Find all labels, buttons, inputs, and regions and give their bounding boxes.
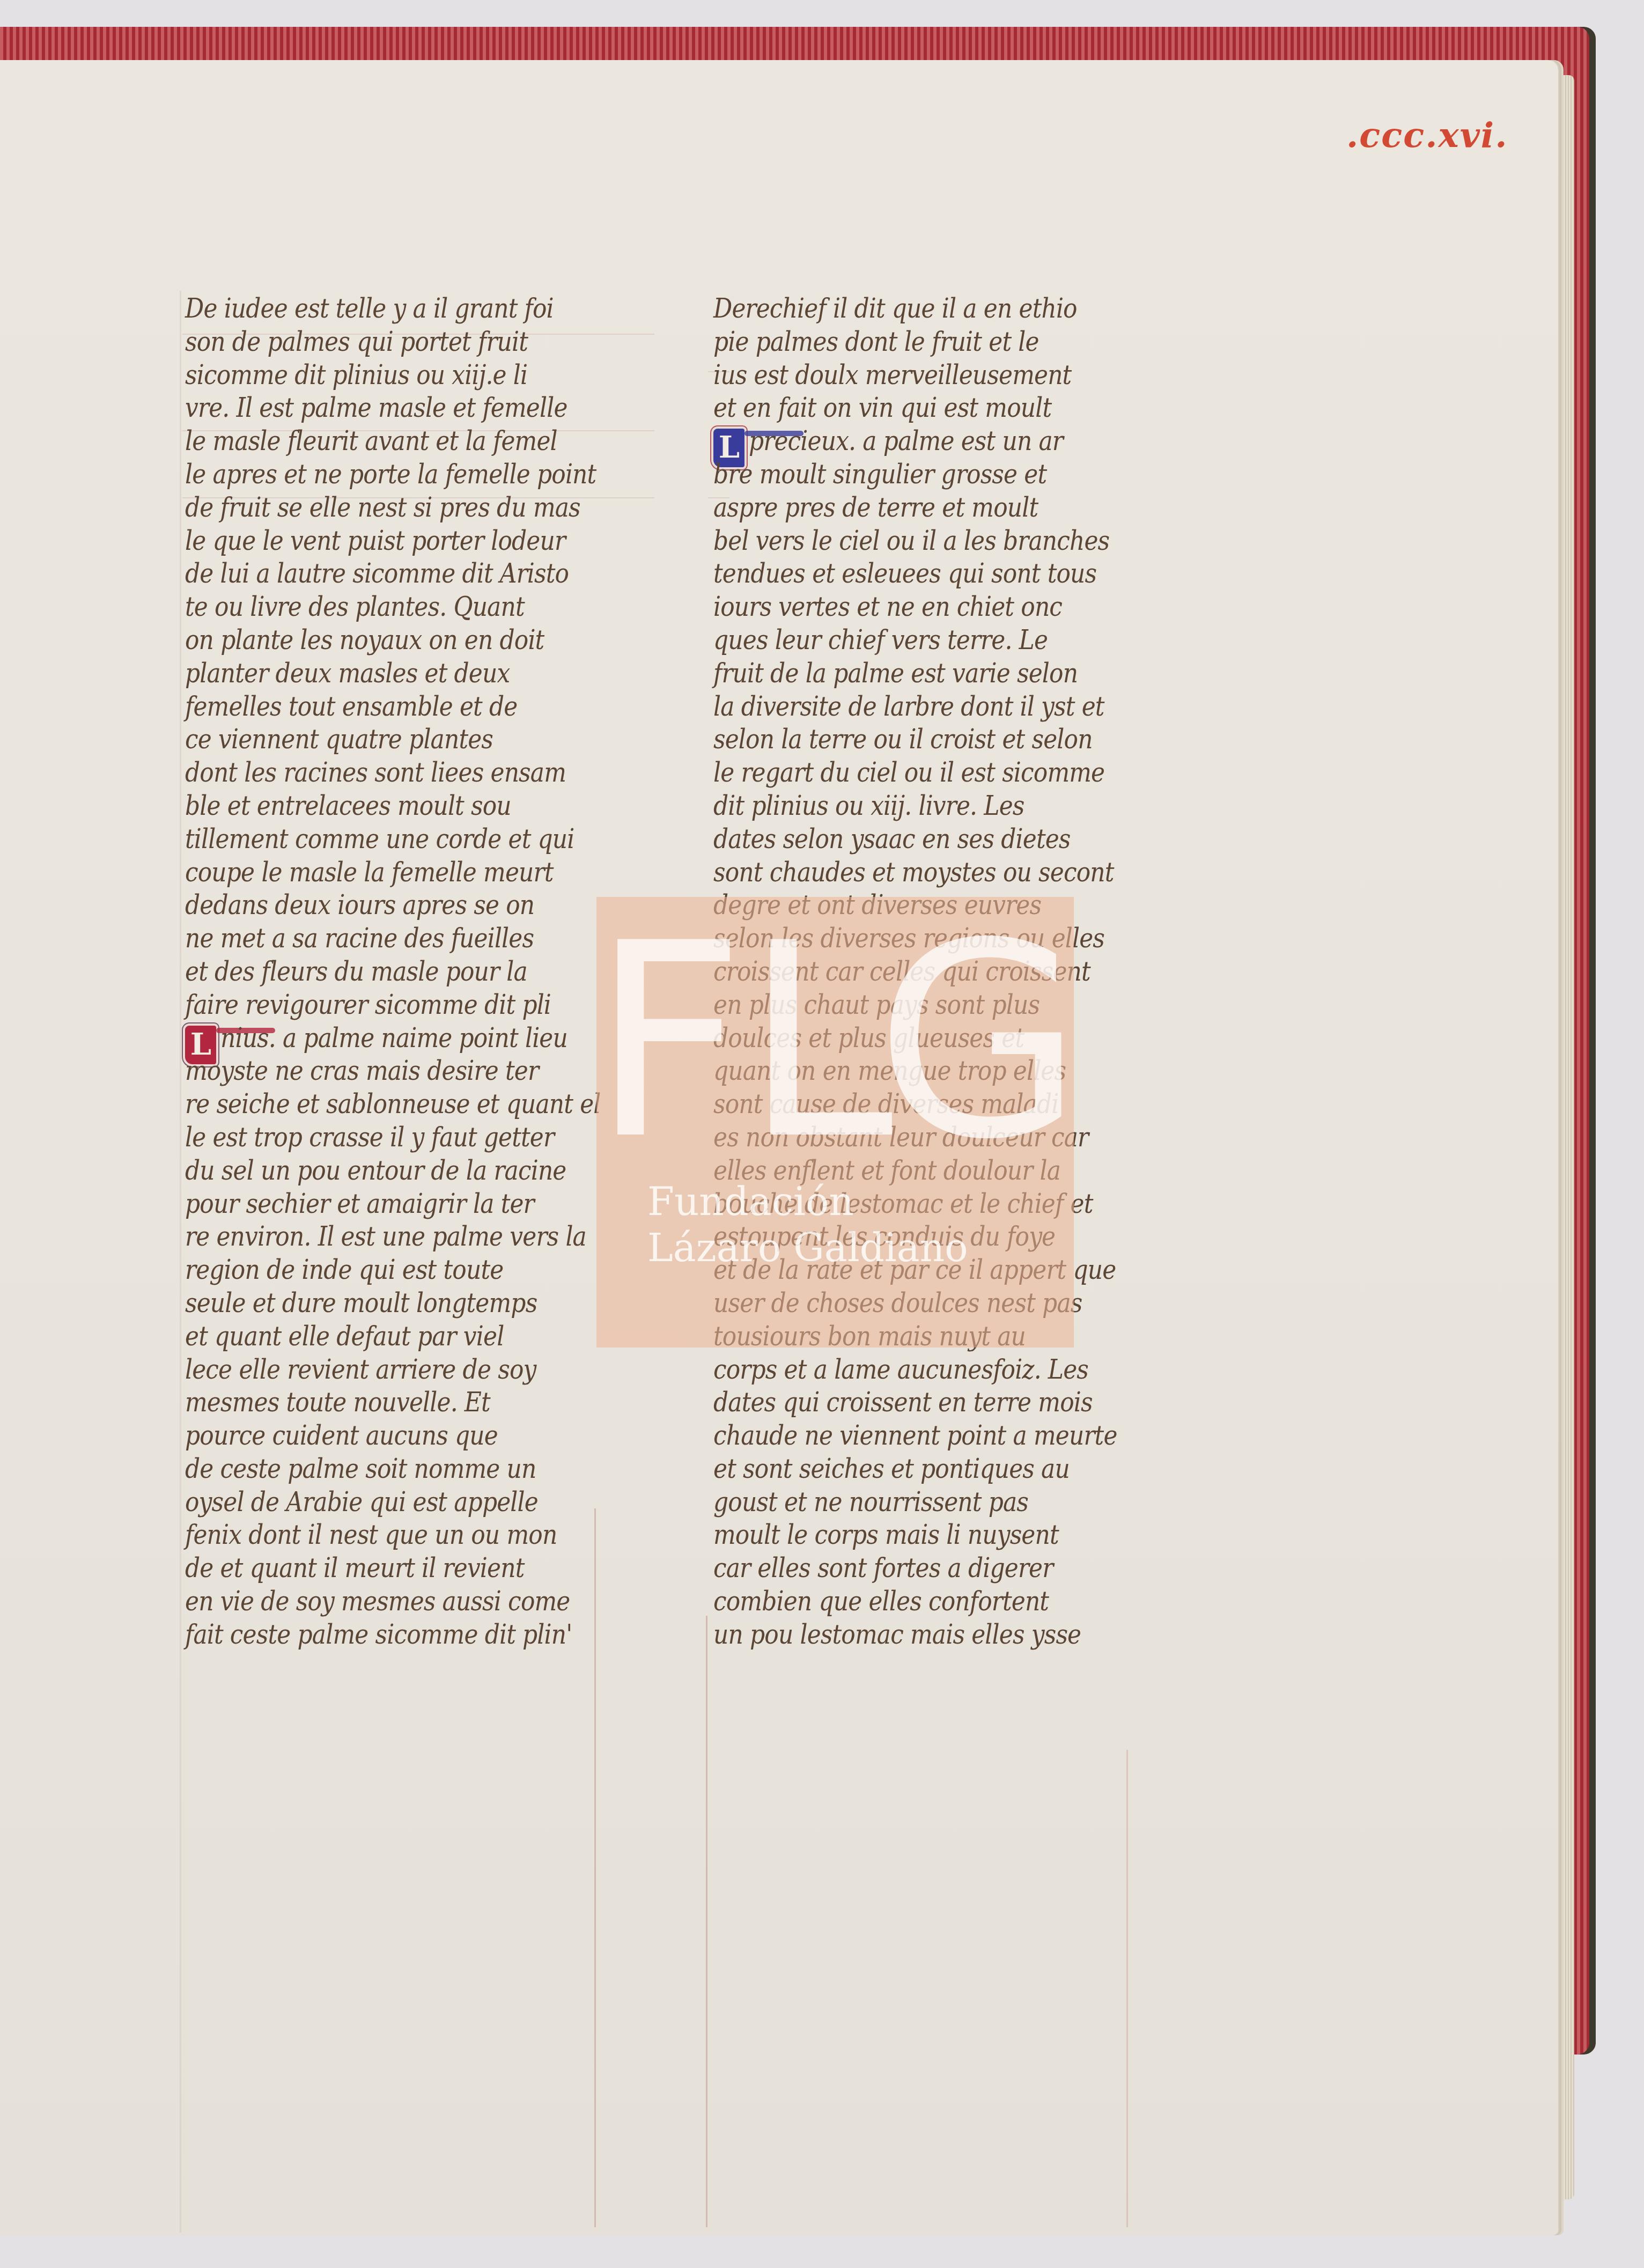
manuscript-line-text: fruit de la palme est varie selon [713, 657, 1078, 690]
manuscript-line: dedans deux iours apres se on [185, 889, 641, 922]
manuscript-line-text: et des fleurs du masle pour la [185, 955, 527, 989]
manuscript-line-text: precieux. a palme est un ar [749, 425, 1063, 458]
manuscript-line-text: bouche de lestomac et le chief et [713, 1188, 1093, 1221]
manuscript-line-text: le apres et ne porte la femelle point [185, 458, 596, 491]
manuscript-line: mesmes toute nouvelle. Et [185, 1386, 641, 1419]
manuscript-line: oysel de Arabie qui est appelle [185, 1486, 641, 1519]
manuscript-line: combien que elles confortent [713, 1585, 1169, 1618]
manuscript-line-text: aspre pres de terre et moult [713, 491, 1038, 525]
manuscript-line: car elles sont fortes a digerer [713, 1552, 1169, 1585]
manuscript-line-text: dedans deux iours apres se on [185, 889, 534, 922]
manuscript-line: coupe le masle la femelle meurt [185, 856, 641, 889]
manuscript-line: tousiours bon mais nuyt au [713, 1320, 1169, 1353]
manuscript-line-text: ne met a sa racine des fueilles [185, 922, 534, 955]
manuscript-line-text: pie palmes dont le fruit et le [713, 326, 1039, 359]
manuscript-line-text: le est trop crasse il y faut getter [185, 1121, 554, 1154]
manuscript-line: corps et a lame aucunesfoiz. Les [713, 1353, 1169, 1387]
text-column-left: De iudee est telle y a il grant foison d… [185, 292, 641, 1652]
manuscript-line-text: bel vers le ciel ou il a les branches [713, 525, 1109, 558]
manuscript-line: vre. Il est palme masle et femelle [185, 392, 641, 425]
manuscript-line-text: degre et ont diverses euvres [713, 889, 1041, 922]
manuscript-line: sicomme dit plinius ou xiij.e li [185, 359, 641, 392]
manuscript-line: seule et dure moult longtemps [185, 1287, 641, 1320]
manuscript-line-text: seule et dure moult longtemps [185, 1287, 537, 1320]
manuscript-line-text: tendues et esleuees qui sont tous [713, 557, 1096, 591]
manuscript-line: on plante les noyaux on en doit [185, 624, 641, 657]
manuscript-line-text: croissent car celles qui croissent [713, 955, 1090, 989]
manuscript-line-text: ius est doulx merveilleusement [713, 359, 1071, 392]
manuscript-line: bre moult singulier grosse et [713, 458, 1169, 491]
manuscript-line: moyste ne cras mais desire ter [185, 1055, 641, 1088]
manuscript-line: pour sechier et amaigrir la ter [185, 1188, 641, 1221]
manuscript-line-text: moult le corps mais li nuysent [713, 1519, 1059, 1552]
manuscript-line: quant on en mengue trop elles [713, 1055, 1169, 1088]
manuscript-line-text: vre. Il est palme masle et femelle [185, 392, 567, 425]
manuscript-line-text: De iudee est telle y a il grant foi [185, 292, 554, 326]
manuscript-line-text: quant on en mengue trop elles [713, 1055, 1066, 1088]
manuscript-line: te ou livre des plantes. Quant [185, 591, 641, 624]
manuscript-line: le est trop crasse il y faut getter [185, 1121, 641, 1154]
manuscript-line: planter deux masles et deux [185, 657, 641, 690]
manuscript-line-text: es non obstant leur doulceur car [713, 1121, 1088, 1154]
manuscript-line: un pou lestomac mais elles ysse [713, 1618, 1169, 1652]
ruling-line-right-column-start [706, 1616, 707, 2227]
manuscript-line: re environ. Il est une palme vers la [185, 1220, 641, 1254]
manuscript-line: et en fait on vin qui est moult [713, 392, 1169, 425]
manuscript-line-text: goust et ne nourrissent pas [713, 1486, 1028, 1519]
manuscript-line-text: re seiche et sablonneuse et quant el [185, 1088, 601, 1121]
manuscript-line-text: et de la rate et par ce il appert que [713, 1254, 1116, 1287]
manuscript-line: aspre pres de terre et moult [713, 491, 1169, 525]
ruling-line-right-column-end [1126, 1750, 1128, 2227]
manuscript-line: et quant elle defaut par viel [185, 1320, 641, 1353]
manuscript-line-text: de et quant il meurt il revient [185, 1552, 524, 1585]
manuscript-line-text: chaude ne viennent point a meurte [713, 1419, 1117, 1453]
manuscript-line: de ceste palme soit nomme un [185, 1453, 641, 1486]
page-edges [1558, 75, 1574, 2199]
manuscript-line-text: oysel de Arabie qui est appelle [185, 1486, 538, 1519]
manuscript-line-text: dates selon ysaac en ses dietes [713, 823, 1071, 856]
manuscript-line: faire revigourer sicomme dit pli [185, 989, 641, 1022]
manuscript-line-text: estoupent les conduis du foye [713, 1220, 1055, 1254]
manuscript-line: de et quant il meurt il revient [185, 1552, 641, 1585]
manuscript-line: et des fleurs du masle pour la [185, 955, 641, 989]
manuscript-line-text: faire revigourer sicomme dit pli [185, 989, 551, 1022]
manuscript-line: De iudee est telle y a il grant foi [185, 292, 641, 326]
manuscript-line-text: pource cuident aucuns que [185, 1419, 498, 1453]
manuscript-line-text: on plante les noyaux on en doit [185, 624, 544, 657]
manuscript-line-text: elles enflent et font doulour la [713, 1154, 1060, 1188]
manuscript-line-text: et sont seiches et pontiques au [713, 1453, 1070, 1486]
manuscript-line-text: sicomme dit plinius ou xiij.e li [185, 359, 527, 392]
manuscript-line: re seiche et sablonneuse et quant el [185, 1088, 641, 1121]
manuscript-line: Derechief il dit que il a en ethio [713, 292, 1169, 326]
text-column-right: Derechief il dit que il a en ethiopie pa… [713, 292, 1169, 1652]
manuscript-line: fruit de la palme est varie selon [713, 657, 1169, 690]
manuscript-line: le regart du ciel ou il est sicomme [713, 756, 1169, 790]
manuscript-line-text: fenix dont il nest que un ou mon [185, 1519, 557, 1552]
manuscript-line: lece elle revient arriere de soy [185, 1353, 641, 1387]
manuscript-line-text: la diversite de larbre dont il yst et [713, 690, 1104, 724]
manuscript-line-text: sont cause de diverses maladi [713, 1088, 1058, 1121]
manuscript-line: moult le corps mais li nuysent [713, 1519, 1169, 1552]
manuscript-line: son de palmes qui portet fruit [185, 326, 641, 359]
manuscript-line: goust et ne nourrissent pas [713, 1486, 1169, 1519]
manuscript-line-text: de fruit se elle nest si pres du mas [185, 491, 580, 525]
manuscript-line-text: mesmes toute nouvelle. Et [185, 1386, 490, 1419]
ruling-line-left-margin [180, 291, 181, 2233]
manuscript-line: sont cause de diverses maladi [713, 1088, 1169, 1121]
manuscript-line-text: doulces et plus glueuses et [713, 1022, 1024, 1055]
manuscript-line-text: iours vertes et ne en chiet onc [713, 591, 1062, 624]
manuscript-line: region de inde qui est toute [185, 1254, 641, 1287]
manuscript-line: de lui a lautre sicomme dit Aristo [185, 557, 641, 591]
manuscript-line-text: tillement comme une corde et qui [185, 823, 574, 856]
folio-number: .ccc.xvi. [1346, 115, 1508, 156]
manuscript-line: dates selon ysaac en ses dietes [713, 823, 1169, 856]
manuscript-line-text: region de inde qui est toute [185, 1254, 503, 1287]
manuscript-line-text: le regart du ciel ou il est sicomme [713, 756, 1104, 790]
manuscript-line: bouche de lestomac et le chief et [713, 1188, 1169, 1221]
manuscript-line-text: lece elle revient arriere de soy [185, 1353, 536, 1387]
manuscript-line: du sel un pou entour de la racine [185, 1154, 641, 1188]
manuscript-line-text: ble et entrelacees moult sou [185, 790, 511, 823]
manuscript-line: femelles tout ensamble et de [185, 690, 641, 724]
manuscript-line: degre et ont diverses euvres [713, 889, 1169, 922]
manuscript-line: le masle fleurit avant et la femel [185, 425, 641, 458]
manuscript-line-text: car elles sont fortes a digerer [713, 1552, 1053, 1585]
manuscript-line: ce viennent quatre plantes [185, 723, 641, 756]
manuscript-line-text: en plus chaut pays sont plus [713, 989, 1040, 1022]
manuscript-line-text: nius. a palme naime point lieu [220, 1022, 567, 1055]
manuscript-line: fait ceste palme sicomme dit plin' [185, 1618, 641, 1652]
manuscript-line: iours vertes et ne en chiet onc [713, 591, 1169, 624]
manuscript-line-text: selon la terre ou il croist et selon [713, 723, 1093, 756]
manuscript-line-text: re environ. Il est une palme vers la [185, 1220, 586, 1254]
manuscript-line: dit plinius ou xiij. livre. Les [713, 790, 1169, 823]
manuscript-line: ques leur chief vers terre. Le [713, 624, 1169, 657]
manuscript-line: ne met a sa racine des fueilles [185, 922, 641, 955]
manuscript-line: et sont seiches et pontiques au [713, 1453, 1169, 1486]
manuscript-line-text: son de palmes qui portet fruit [185, 326, 528, 359]
manuscript-line: dont les racines sont liees ensam [185, 756, 641, 790]
manuscript-line-text: de ceste palme soit nomme un [185, 1453, 536, 1486]
manuscript-line-text: ques leur chief vers terre. Le [713, 624, 1048, 657]
manuscript-line-text: coupe le masle la femelle meurt [185, 856, 553, 889]
manuscript-line: le apres et ne porte la femelle point [185, 458, 641, 491]
manuscript-line-text: du sel un pou entour de la racine [185, 1154, 566, 1188]
manuscript-line: le que le vent puist porter lodeur [185, 525, 641, 558]
manuscript-line: selon la terre ou il croist et selon [713, 723, 1169, 756]
manuscript-line: tillement comme une corde et qui [185, 823, 641, 856]
manuscript-line: croissent car celles qui croissent [713, 955, 1169, 989]
manuscript-line: Lnius. a palme naime point lieu [185, 1022, 641, 1055]
manuscript-line-text: sont chaudes et moystes ou secont [713, 856, 1114, 889]
manuscript-line-text: bre moult singulier grosse et [713, 458, 1046, 491]
manuscript-line-text: ce viennent quatre plantes [185, 723, 493, 756]
manuscript-line-text: tousiours bon mais nuyt au [713, 1320, 1026, 1353]
manuscript-line-text: dit plinius ou xiij. livre. Les [713, 790, 1024, 823]
manuscript-line-text: user de choses doulces nest pas [713, 1287, 1082, 1320]
manuscript-line-text: pour sechier et amaigrir la ter [185, 1188, 534, 1221]
manuscript-line: pie palmes dont le fruit et le [713, 326, 1169, 359]
manuscript-line: ius est doulx merveilleusement [713, 359, 1169, 392]
manuscript-line: chaude ne viennent point a meurte [713, 1419, 1169, 1453]
manuscript-line-text: fait ceste palme sicomme dit plin' [185, 1618, 572, 1652]
manuscript-line: la diversite de larbre dont il yst et [713, 690, 1169, 724]
manuscript-line: selon les diverses regions ou elles [713, 922, 1169, 955]
manuscript-line: dates qui croissent en terre mois [713, 1386, 1169, 1419]
manuscript-line-text: femelles tout ensamble et de [185, 690, 517, 724]
manuscript-line: bel vers le ciel ou il a les branches [713, 525, 1169, 558]
manuscript-line: es non obstant leur doulceur car [713, 1121, 1169, 1154]
manuscript-line: sont chaudes et moystes ou secont [713, 856, 1169, 889]
manuscript-line-text: et quant elle defaut par viel [185, 1320, 504, 1353]
manuscript-line-text: moyste ne cras mais desire ter [185, 1055, 539, 1088]
manuscript-line: en plus chaut pays sont plus [713, 989, 1169, 1022]
manuscript-line-text: dont les racines sont liees ensam [185, 756, 566, 790]
manuscript-line-text: Derechief il dit que il a en ethio [713, 292, 1077, 326]
manuscript-line-text: selon les diverses regions ou elles [713, 922, 1104, 955]
manuscript-line-text: le masle fleurit avant et la femel [185, 425, 557, 458]
manuscript-line: et de la rate et par ce il appert que [713, 1254, 1169, 1287]
manuscript-line: ble et entrelacees moult sou [185, 790, 641, 823]
manuscript-line-text: planter deux masles et deux [185, 657, 510, 690]
manuscript-line: Lprecieux. a palme est un ar [713, 425, 1169, 458]
manuscript-line-text: le que le vent puist porter lodeur [185, 525, 565, 558]
manuscript-line-text: de lui a lautre sicomme dit Aristo [185, 557, 569, 591]
manuscript-line-text: te ou livre des plantes. Quant [185, 591, 525, 624]
manuscript-line-text: dates qui croissent en terre mois [713, 1386, 1093, 1419]
manuscript-line: en vie de soy mesmes aussi come [185, 1585, 641, 1618]
manuscript-line: de fruit se elle nest si pres du mas [185, 491, 641, 525]
manuscript-line-text: combien que elles confortent [713, 1585, 1049, 1618]
manuscript-line: elles enflent et font doulour la [713, 1154, 1169, 1188]
manuscript-line: estoupent les conduis du foye [713, 1220, 1169, 1254]
manuscript-line: user de choses doulces nest pas [713, 1287, 1169, 1320]
manuscript-line-text: et en fait on vin qui est moult [713, 392, 1051, 425]
manuscript-line-text: un pou lestomac mais elles ysse [713, 1618, 1081, 1652]
manuscript-line: doulces et plus glueuses et [713, 1022, 1169, 1055]
manuscript-line-text: corps et a lame aucunesfoiz. Les [713, 1353, 1088, 1387]
manuscript-line-text: en vie de soy mesmes aussi come [185, 1585, 570, 1618]
manuscript-line: pource cuident aucuns que [185, 1419, 641, 1453]
manuscript-line: fenix dont il nest que un ou mon [185, 1519, 641, 1552]
manuscript-line: tendues et esleuees qui sont tous [713, 557, 1169, 591]
